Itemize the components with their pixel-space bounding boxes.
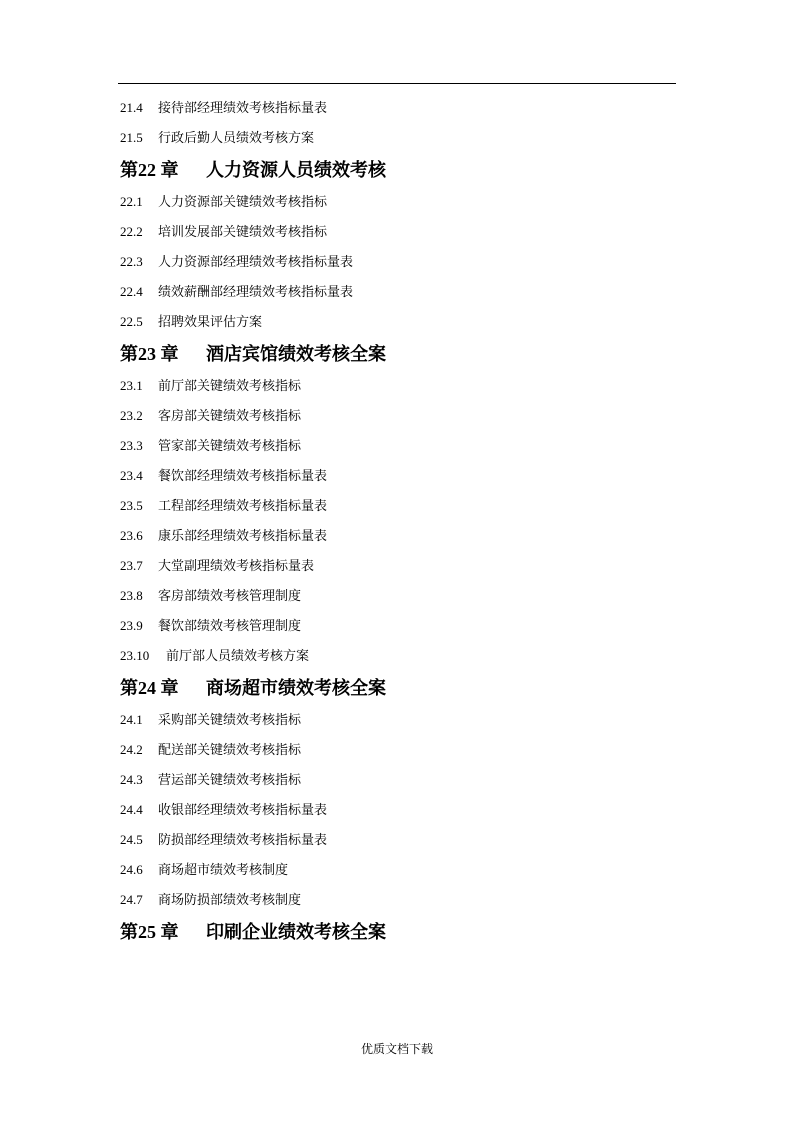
toc-item-title: 招聘效果评估方案	[158, 314, 262, 329]
toc-item-number: 24.4	[120, 798, 158, 822]
toc-item-title: 防损部经理绩效考核指标量表	[158, 832, 327, 847]
toc-item[interactable]: 23.2客房部关键绩效考核指标	[120, 404, 680, 434]
toc-item-title: 营运部关键绩效考核指标	[158, 772, 301, 787]
toc-item-number: 24.1	[120, 708, 158, 732]
toc-item-number: 23.5	[120, 494, 158, 518]
toc-item-number: 22.3	[120, 250, 158, 274]
page-footer: 优质文档下载	[0, 1040, 794, 1057]
toc-item-number: 22.1	[120, 190, 158, 214]
toc-chapter-number: 第24 章	[120, 673, 206, 703]
toc-chapter[interactable]: 第23 章酒店宾馆绩效考核全案	[120, 339, 680, 374]
toc-item-number: 22.2	[120, 220, 158, 244]
toc-item-number: 22.4	[120, 280, 158, 304]
toc-item[interactable]: 23.9餐饮部绩效考核管理制度	[120, 614, 680, 644]
toc-item-title: 收银部经理绩效考核指标量表	[158, 802, 327, 817]
toc-item-number: 23.6	[120, 524, 158, 548]
toc-item-number: 23.3	[120, 434, 158, 458]
toc-item-number: 23.1	[120, 374, 158, 398]
toc-chapter[interactable]: 第24 章商场超市绩效考核全案	[120, 673, 680, 708]
toc-item-title: 前厅部关键绩效考核指标	[158, 378, 301, 393]
toc-chapter-number: 第23 章	[120, 339, 206, 369]
toc-chapter-title: 商场超市绩效考核全案	[206, 678, 386, 698]
toc-item-number: 23.9	[120, 614, 158, 638]
toc-item-number: 21.5	[120, 126, 158, 150]
header-rule	[118, 83, 676, 84]
toc-item-title: 康乐部经理绩效考核指标量表	[158, 528, 327, 543]
toc-item[interactable]: 22.4绩效薪酬部经理绩效考核指标量表	[120, 280, 680, 310]
toc-item-number: 24.7	[120, 888, 158, 912]
toc-item-title: 管家部关键绩效考核指标	[158, 438, 301, 453]
toc-item-title: 餐饮部经理绩效考核指标量表	[158, 468, 327, 483]
toc-item[interactable]: 23.1前厅部关键绩效考核指标	[120, 374, 680, 404]
toc-item-number: 23.4	[120, 464, 158, 488]
toc-item-title: 商场防损部绩效考核制度	[158, 892, 301, 907]
toc-item[interactable]: 23.8客房部绩效考核管理制度	[120, 584, 680, 614]
toc-item-title: 工程部经理绩效考核指标量表	[158, 498, 327, 513]
toc-item[interactable]: 23.4餐饮部经理绩效考核指标量表	[120, 464, 680, 494]
toc-item[interactable]: 22.1人力资源部关键绩效考核指标	[120, 190, 680, 220]
toc-item-title: 客房部关键绩效考核指标	[158, 408, 301, 423]
toc-item-title: 接待部经理绩效考核指标量表	[158, 100, 327, 115]
toc-item-title: 人力资源部经理绩效考核指标量表	[158, 254, 353, 269]
toc-item[interactable]: 23.10前厅部人员绩效考核方案	[120, 644, 680, 674]
toc-item[interactable]: 22.2培训发展部关键绩效考核指标	[120, 220, 680, 250]
toc-item-title: 大堂副理绩效考核指标量表	[158, 558, 314, 573]
toc-item[interactable]: 24.1采购部关键绩效考核指标	[120, 708, 680, 738]
toc-item[interactable]: 23.3管家部关键绩效考核指标	[120, 434, 680, 464]
toc-item[interactable]: 24.4收银部经理绩效考核指标量表	[120, 798, 680, 828]
toc-chapter[interactable]: 第25 章印刷企业绩效考核全案	[120, 917, 680, 952]
toc-item[interactable]: 24.3营运部关键绩效考核指标	[120, 768, 680, 798]
toc-item[interactable]: 24.5防损部经理绩效考核指标量表	[120, 828, 680, 858]
toc-item-title: 行政后勤人员绩效考核方案	[158, 130, 314, 145]
toc-item-number: 22.5	[120, 310, 158, 334]
toc-item-number: 23.8	[120, 584, 158, 608]
toc-item[interactable]: 22.3人力资源部经理绩效考核指标量表	[120, 250, 680, 280]
toc-chapter-title: 酒店宾馆绩效考核全案	[206, 344, 386, 364]
toc-item-number: 24.2	[120, 738, 158, 762]
table-of-contents: 21.4接待部经理绩效考核指标量表 21.5行政后勤人员绩效考核方案 第22 章…	[120, 96, 680, 952]
toc-item[interactable]: 24.6商场超市绩效考核制度	[120, 858, 680, 888]
toc-item-title: 采购部关键绩效考核指标	[158, 712, 301, 727]
toc-item-title: 商场超市绩效考核制度	[158, 862, 288, 877]
toc-item-number: 24.5	[120, 828, 158, 852]
toc-item[interactable]: 23.5工程部经理绩效考核指标量表	[120, 494, 680, 524]
toc-item-number: 23.2	[120, 404, 158, 428]
toc-item-number: 24.6	[120, 858, 158, 882]
toc-item-number: 24.3	[120, 768, 158, 792]
toc-item[interactable]: 23.6康乐部经理绩效考核指标量表	[120, 524, 680, 554]
toc-item[interactable]: 24.7商场防损部绩效考核制度	[120, 888, 680, 918]
toc-item-title: 餐饮部绩效考核管理制度	[158, 618, 301, 633]
toc-item[interactable]: 21.4接待部经理绩效考核指标量表	[120, 96, 680, 126]
toc-item[interactable]: 24.2配送部关键绩效考核指标	[120, 738, 680, 768]
toc-item-title: 培训发展部关键绩效考核指标	[158, 224, 327, 239]
toc-item-number: 23.7	[120, 554, 158, 578]
toc-chapter-number: 第22 章	[120, 155, 206, 185]
toc-item[interactable]: 23.7大堂副理绩效考核指标量表	[120, 554, 680, 584]
toc-item-title: 绩效薪酬部经理绩效考核指标量表	[158, 284, 353, 299]
toc-item-title: 前厅部人员绩效考核方案	[166, 648, 309, 663]
toc-item[interactable]: 21.5行政后勤人员绩效考核方案	[120, 126, 680, 156]
toc-item-title: 客房部绩效考核管理制度	[158, 588, 301, 603]
toc-item-number: 21.4	[120, 96, 158, 120]
toc-chapter[interactable]: 第22 章人力资源人员绩效考核	[120, 155, 680, 190]
toc-item-title: 人力资源部关键绩效考核指标	[158, 194, 327, 209]
toc-chapter-title: 印刷企业绩效考核全案	[206, 922, 386, 942]
toc-chapter-title: 人力资源人员绩效考核	[206, 160, 386, 180]
toc-item-number: 23.10	[120, 644, 166, 668]
toc-item[interactable]: 22.5招聘效果评估方案	[120, 310, 680, 340]
toc-chapter-number: 第25 章	[120, 917, 206, 947]
toc-item-title: 配送部关键绩效考核指标	[158, 742, 301, 757]
